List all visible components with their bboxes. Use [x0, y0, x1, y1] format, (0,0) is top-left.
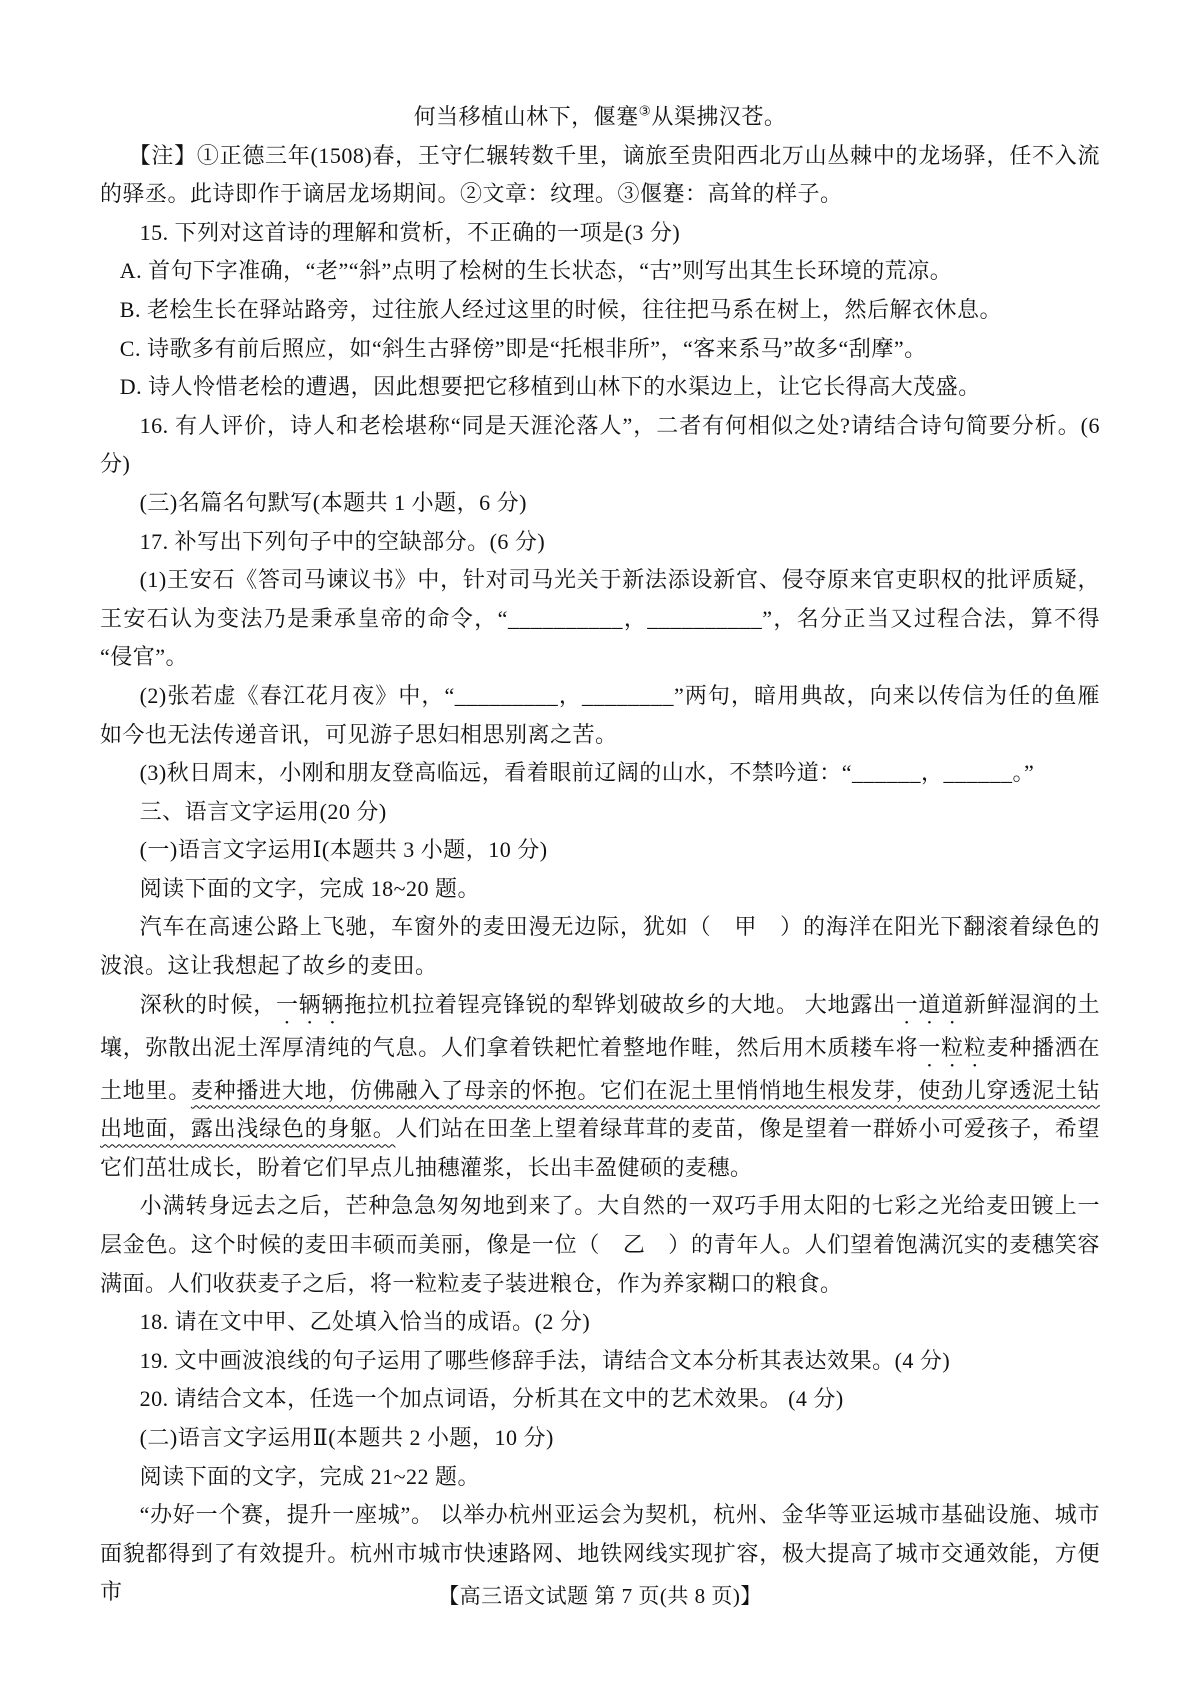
section-heading-mingju-moxie: (三)名篇名句默写(本题共 1 小题，6 分)	[100, 484, 1100, 523]
question-18: 18. 请在文中甲、乙处填入恰当的成语。(2 分)	[100, 1303, 1100, 1342]
note-reference-mark: ③	[639, 104, 652, 119]
reading-instruction-21-22: 阅读下面的文字，完成 21~22 题。	[100, 1458, 1100, 1497]
question-17-item-1: (1)王安石《答司马谏议书》中，针对司马光关于新法添设新官、侵夺原来官吏职权的批…	[100, 561, 1100, 677]
question-15-option-d: D. 诗人怜惜老桧的遭遇，因此想要把它移植到山林下的水渠边上，让它长得高大茂盛。	[100, 368, 1100, 407]
passage1-paragraph-3: 小满转身远去之后，芒种急急匆匆地到来了。大自然的一双巧手用太阳的七彩之光给麦田镀…	[100, 1187, 1100, 1303]
section-heading-yuyan-1: (一)语言文字运用Ⅰ(本题共 3 小题，10 分)	[100, 831, 1100, 870]
page-footer: 【高三语文试题 第 7 页(共 8 页)】	[0, 1580, 1200, 1610]
poem-text: 何当移植山林下，偃蹇	[414, 104, 639, 129]
page-body: 何当移植山林下，偃蹇③从渠拂汉苍。 【注】①正德三年(1508)春，王守仁辗转数…	[100, 98, 1100, 1612]
question-20: 20. 请结合文本，任选一个加点词语，分析其在文中的艺术效果。 (4 分)	[100, 1380, 1100, 1419]
exam-page: { "doc": { "poem": { "pre": "何当移植山林下，偃蹇"…	[0, 0, 1200, 1697]
text-segment: 拖拉机拉着锃亮锋锐的犁铧划破故乡的大地。 大地露出	[344, 992, 896, 1017]
section-heading-yuyan-2: (二)语言文字运用Ⅱ(本题共 2 小题，10 分)	[100, 1419, 1100, 1458]
passage1-paragraph-1: 汽车在高速公路上飞驰，车窗外的麦田漫无边际，犹如（ 甲 ）的海洋在阳光下翻滚着绿…	[100, 908, 1100, 985]
passage1-paragraph-2: 深秋的时候，一辆辆拖拉机拉着锃亮锋锐的犁铧划破故乡的大地。 大地露出一道道新鲜湿…	[100, 986, 1100, 1188]
question-19: 19. 文中画波浪线的句子运用了哪些修辞手法，请结合文本分析其表达效果。(4 分…	[100, 1342, 1100, 1381]
poem-text: 从渠拂汉苍。	[651, 104, 786, 129]
question-15-option-c: C. 诗歌多有前后照应，如“斜生古驿傍”即是“托根非所”，“客来系马”故多“刮摩…	[100, 330, 1100, 369]
reading-instruction-18-20: 阅读下面的文字，完成 18~20 题。	[100, 870, 1100, 909]
poem-annotation: 【注】①正德三年(1508)春，王守仁辗转数千里，谪旅至贵阳西北万山丛棘中的龙场…	[100, 137, 1100, 214]
section-heading-yuyan-wenzi: 三、语言文字运用(20 分)	[100, 793, 1100, 832]
emphasized-word-yilili: 一粒粒	[918, 1035, 986, 1060]
poem-last-line: 何当移植山林下，偃蹇③从渠拂汉苍。	[100, 98, 1100, 137]
text-segment: 深秋的时候，	[140, 992, 276, 1017]
question-16: 16. 有人评价，诗人和老桧堪称“同是天涯沦落人”，二者有何相似之处?请结合诗句…	[100, 407, 1100, 484]
question-17-item-2: (2)张若虚《春江花月夜》中，“_________，________”两句，暗用…	[100, 677, 1100, 754]
question-17-item-3: (3)秋日周末，小刚和朋友登高临远，看着眼前辽阔的山水，不禁吟道：“______…	[100, 754, 1100, 793]
question-15-stem: 15. 下列对这首诗的理解和赏析，不正确的一项是(3 分)	[100, 214, 1100, 253]
question-15-option-a: A. 首句下字准确，“老”“斜”点明了桧树的生长状态，“古”则写出其生长环境的荒…	[100, 252, 1100, 291]
emphasized-word-yidaodao: 一道道	[896, 992, 964, 1017]
emphasized-word-yiliangliang: 一辆辆	[276, 992, 344, 1017]
question-15-option-b: B. 老桧生长在驿站路旁，过往旅人经过这里的时候，往往把马系在树上，然后解衣休息…	[100, 291, 1100, 330]
question-17-stem: 17. 补写出下列句子中的空缺部分。(6 分)	[100, 523, 1100, 562]
